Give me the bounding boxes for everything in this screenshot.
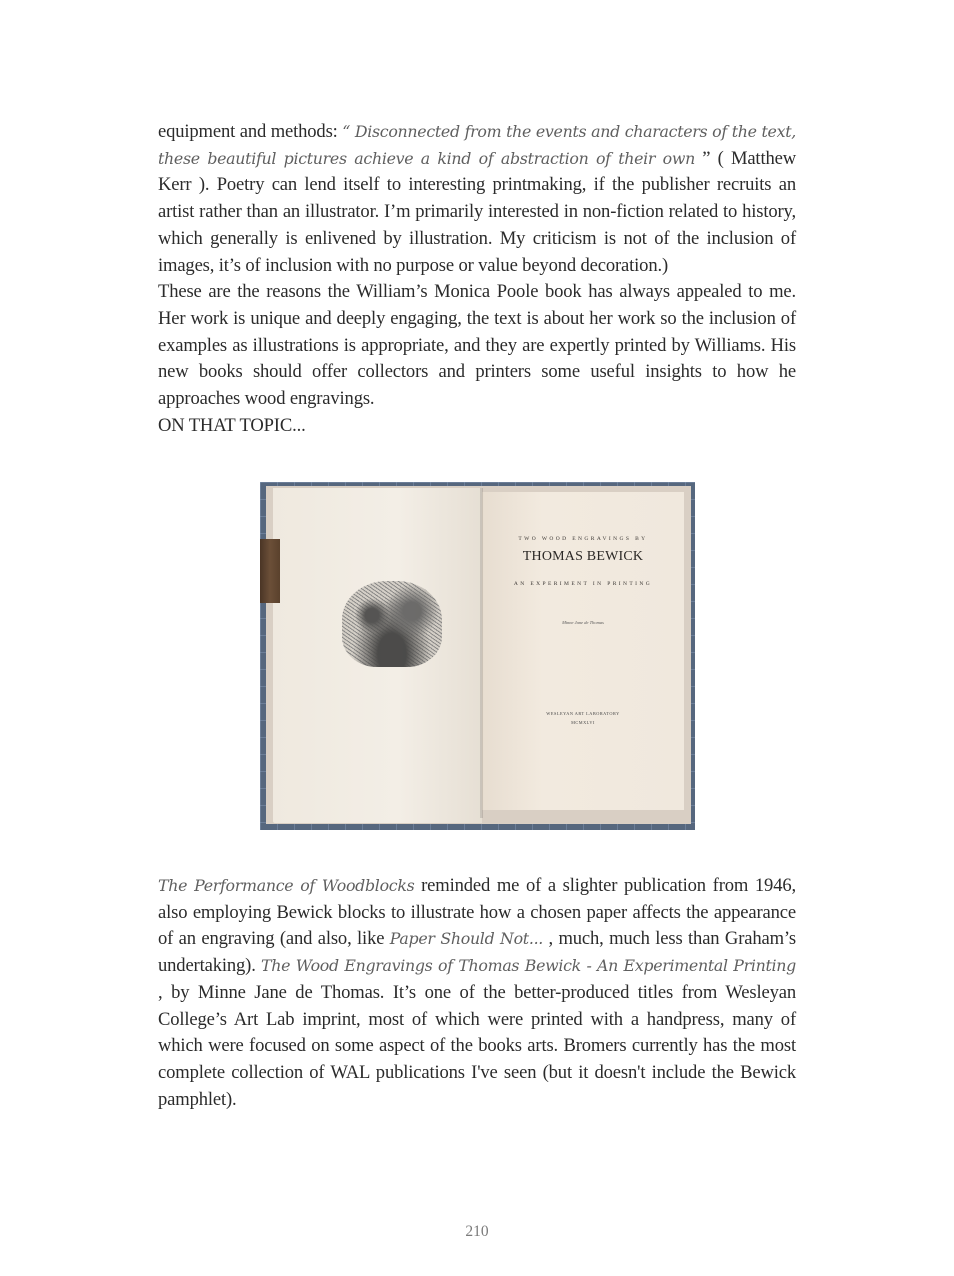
paragraph-reasons: These are the reasons the William’s Moni… (158, 279, 796, 413)
book-photo: TWO WOOD ENGRAVINGS BY THOMAS BEWICK AN … (260, 482, 695, 830)
text-run: , by Minne Jane de Thomas. It’s one of t… (158, 982, 796, 1110)
title-page-italic-line: Minne Jane de Thomas (482, 620, 684, 625)
text-run: equipment and methods: (158, 121, 342, 142)
book-title-italic: Paper Should Not... (390, 929, 543, 948)
book-title-italic: The Wood Engravings of Thomas Bewick - A… (261, 956, 796, 975)
quote-open: “ (342, 122, 355, 141)
body-text-top: equipment and methods: “ Disconnected fr… (158, 119, 796, 439)
title-page-subtitle: AN EXPERIMENT IN PRINTING (482, 581, 684, 587)
wooden-block (260, 539, 280, 603)
book-title-italic: The Performance of Woodblocks (158, 876, 414, 895)
document-page: equipment and methods: “ Disconnected fr… (0, 0, 954, 1276)
title-page-title: THOMAS BEWICK (482, 549, 684, 565)
title-page-imprint: WESLEYAN ART LABORATORY (482, 711, 684, 716)
stag-engraving-image (342, 581, 442, 667)
title-page-year: MCMXLVI (482, 720, 684, 725)
paragraph-continuation: equipment and methods: “ Disconnected fr… (158, 119, 796, 279)
title-page-line1: TWO WOOD ENGRAVINGS BY (482, 536, 684, 542)
spine-gutter (480, 488, 483, 818)
page-number: 210 (0, 1223, 954, 1241)
title-page: TWO WOOD ENGRAVINGS BY THOMAS BEWICK AN … (482, 492, 684, 810)
left-page (273, 488, 482, 823)
body-text-bottom: The Performance of Woodblocks reminded m… (158, 873, 796, 1113)
paragraph-performance: The Performance of Woodblocks reminded m… (158, 873, 796, 1113)
paragraph-on-that-topic: ON THAT TOPIC... (158, 413, 796, 440)
